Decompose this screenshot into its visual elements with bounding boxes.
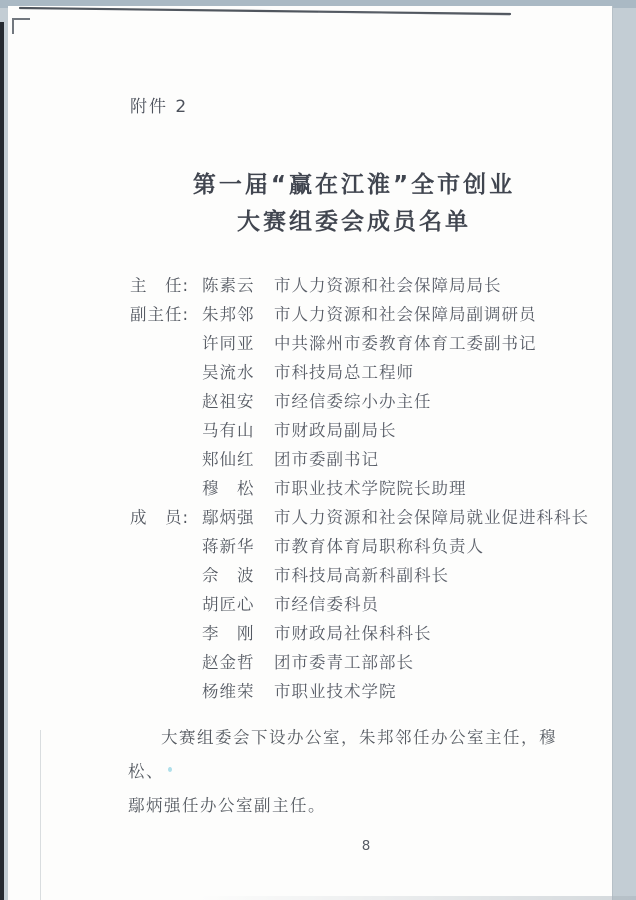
roster-person-name: 穆 松 xyxy=(202,474,274,503)
committee-roster: 主 任: 陈素云 市人力资源和社会保障局局长 副主任: 朱邦邻 市人力资源和社会… xyxy=(130,271,592,706)
paper-speck xyxy=(168,767,172,772)
roster-person-title: 团市委青工部部长 xyxy=(274,648,592,677)
roster-row: 佘 波 市科技局高新科副科长 xyxy=(130,561,592,590)
roster-person-title: 市人力资源和社会保障局副调研员 xyxy=(274,300,592,329)
scanned-document-page: { "colors": { "paper": "#fdfdfc", "ink":… xyxy=(0,0,636,900)
roster-person-title: 市财政局副局长 xyxy=(274,416,592,445)
roster-row: 杨维荣 市职业技术学院 xyxy=(130,677,592,706)
roster-person-title: 市经信委综小办主任 xyxy=(274,387,592,416)
roster-person-title: 市人力资源和社会保障局局长 xyxy=(274,271,592,300)
roster-person-name: 鄢炳强 xyxy=(202,503,274,532)
roster-person-name: 李 刚 xyxy=(202,619,274,648)
roster-person-title: 市经信委科员 xyxy=(274,590,592,619)
roster-person-title: 市财政局社保科科长 xyxy=(274,619,592,648)
roster-person-name: 马有山 xyxy=(202,416,274,445)
roster-row: 赵祖安 市经信委综小办主任 xyxy=(130,387,592,416)
roster-person-name: 许同亚 xyxy=(202,329,274,358)
closing-paragraph-line2: 鄢炳强任办公室副主任。 xyxy=(128,789,582,823)
roster-role-label: 成 员: xyxy=(130,503,202,532)
page-number: 8 xyxy=(352,838,380,854)
roster-row-members-start: 成 员: 鄢炳强 市人力资源和社会保障局就业促进科科长 xyxy=(130,503,592,532)
attachment-label: 附件 2 xyxy=(130,6,592,117)
roster-person-name: 陈素云 xyxy=(202,271,274,300)
roster-row: 吴流水 市科技局总工程师 xyxy=(130,358,592,387)
roster-row: 许同亚 中共滁州市委教育体育工委副书记 xyxy=(130,329,592,358)
roster-person-title: 市职业技术学院院长助理 xyxy=(274,474,592,503)
document-title-line1: 第一届“赢在江淮”全市创业 xyxy=(130,167,578,204)
roster-person-name: 赵祖安 xyxy=(202,387,274,416)
roster-role-label: 主 任: xyxy=(130,271,202,300)
roster-person-name: 朱邦邻 xyxy=(202,300,274,329)
roster-person-title: 市职业技术学院 xyxy=(274,677,592,706)
scanner-edge-band xyxy=(0,22,4,900)
roster-row: 穆 松 市职业技术学院院长助理 xyxy=(130,474,592,503)
roster-person-title: 中共滁州市委教育体育工委副书记 xyxy=(274,329,592,358)
roster-person-name: 吴流水 xyxy=(202,358,274,387)
roster-person-name: 蒋新华 xyxy=(202,532,274,561)
roster-row: 蒋新华 市教育体育局职称科负责人 xyxy=(130,532,592,561)
roster-person-name: 赵金哲 xyxy=(202,648,274,677)
roster-person-title: 市科技局高新科副科长 xyxy=(274,561,592,590)
roster-person-title: 市科技局总工程师 xyxy=(274,358,592,387)
roster-person-name: 郏仙红 xyxy=(202,445,274,474)
roster-role-label: 副主任: xyxy=(130,300,202,329)
roster-row: 胡匠心 市经信委科员 xyxy=(130,590,592,619)
roster-row: 马有山 市财政局副局长 xyxy=(130,416,592,445)
roster-row: 赵金哲 团市委青工部部长 xyxy=(130,648,592,677)
roster-person-title: 市人力资源和社会保障局就业促进科科长 xyxy=(274,503,592,532)
roster-person-title: 团市委副书记 xyxy=(274,445,592,474)
roster-person-name: 胡匠心 xyxy=(202,590,274,619)
roster-row-vice-chairman: 副主任: 朱邦邻 市人力资源和社会保障局副调研员 xyxy=(130,300,592,329)
document-title: 第一届“赢在江淮”全市创业 大赛组委会成员名单 xyxy=(130,167,578,241)
roster-person-title: 市教育体育局职称科负责人 xyxy=(274,532,592,561)
document-title-line2: 大赛组委会成员名单 xyxy=(130,204,578,241)
roster-row-chairman: 主 任: 陈素云 市人力资源和社会保障局局长 xyxy=(130,271,592,300)
page-corner-fold-line xyxy=(12,18,30,34)
document-page: 附件 2 第一届“赢在江淮”全市创业 大赛组委会成员名单 主 任: 陈素云 市人… xyxy=(8,6,612,900)
closing-paragraph: 大赛组委会下设办公室，朱邦邻任办公室主任，穆松、 鄢炳强任办公室副主任。 xyxy=(128,721,582,823)
bottom-edge-shadow xyxy=(200,896,636,900)
page-crease-line xyxy=(40,730,41,900)
roster-row: 郏仙红 团市委副书记 xyxy=(130,445,592,474)
roster-person-name: 佘 波 xyxy=(202,561,274,590)
closing-paragraph-line1: 大赛组委会下设办公室，朱邦邻任办公室主任，穆松、 xyxy=(128,721,582,789)
roster-row: 李 刚 市财政局社保科科长 xyxy=(130,619,592,648)
roster-person-name: 杨维荣 xyxy=(202,677,274,706)
